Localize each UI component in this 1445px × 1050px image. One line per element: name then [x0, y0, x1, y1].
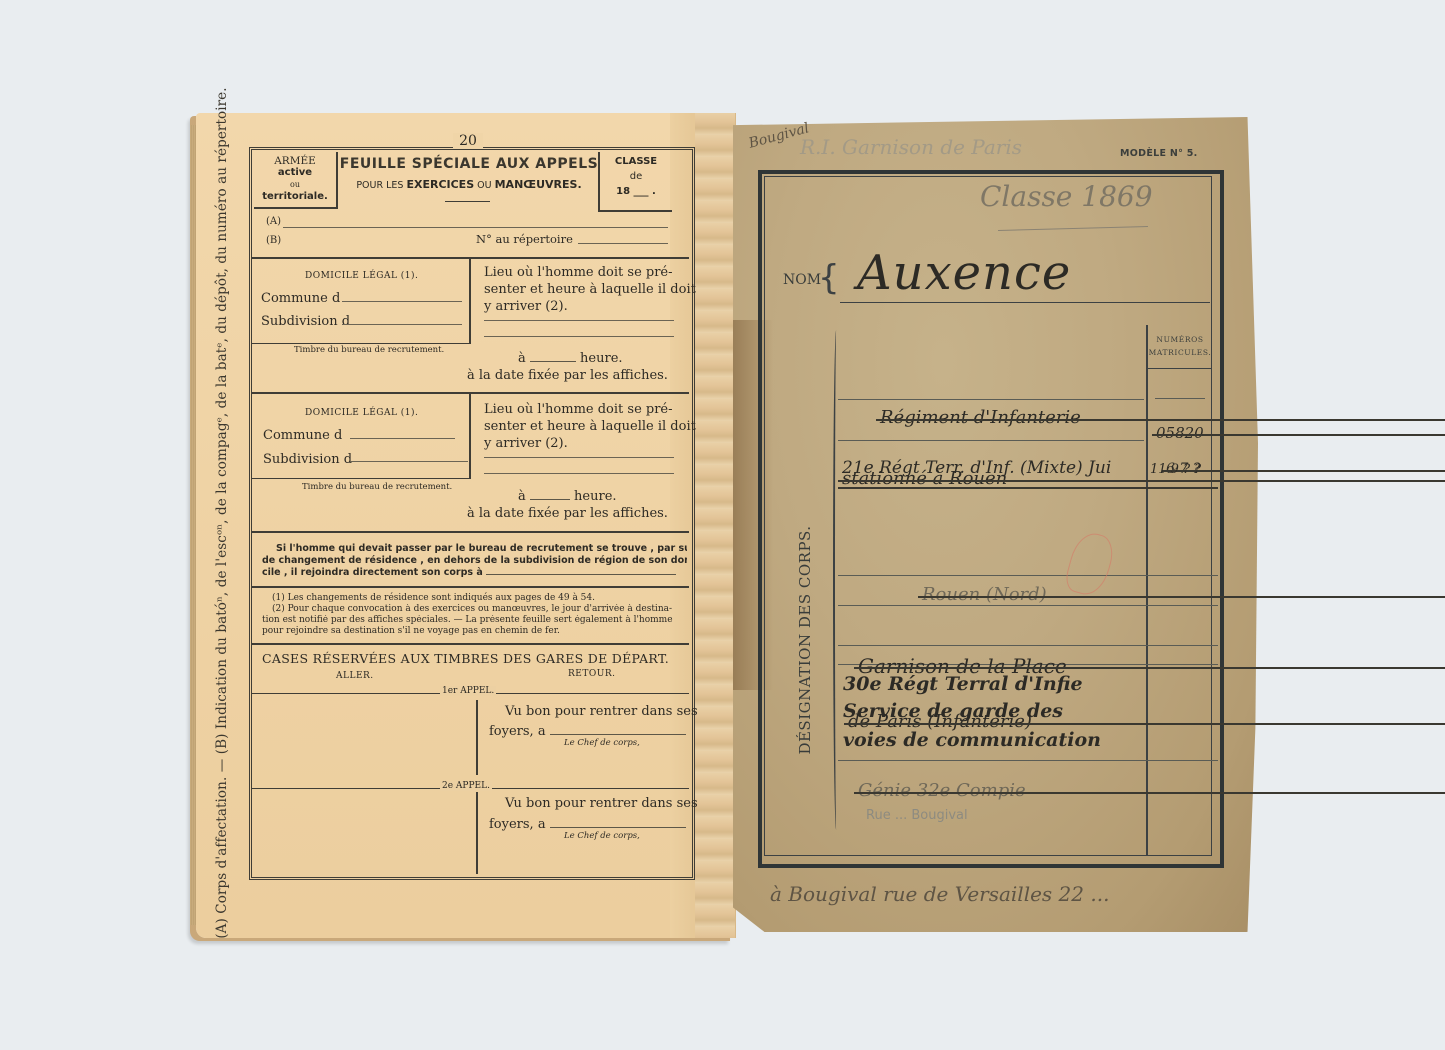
- chef-label-2: Le Chef de corps,: [564, 831, 640, 841]
- corps-line-4: Rouen (Nord): [922, 584, 1445, 605]
- retour-label: RETOUR.: [568, 669, 615, 679]
- domicile-heading-1: DOMICILE LÉGAL (1).: [305, 271, 418, 281]
- brace-icon: {: [818, 258, 840, 298]
- corps-line-9: Service de garde des: [843, 700, 1063, 722]
- date-text-1: à la date fixée par les affiches.: [467, 366, 668, 385]
- heure-field-2[interactable]: [530, 499, 570, 500]
- army-territoriale: territoriale.: [254, 191, 336, 203]
- corps-rule: [838, 605, 1218, 606]
- footnote-2b: tion est notifié par des affiches spécia…: [262, 615, 687, 626]
- commune-label-2: Commune d: [263, 426, 342, 445]
- changement-line-3: cile , il rejoindra directement son corp…: [262, 567, 687, 579]
- changement-note: Si l'homme qui devait passer par le bure…: [262, 543, 687, 579]
- side-footnote-text: (A) Corps d'affectation. — (B) Indicatio…: [214, 87, 230, 938]
- army-label: ARMÉE: [254, 155, 336, 167]
- classe-de: de: [600, 169, 672, 184]
- classe-box: CLASSE de 18 ___ .: [598, 152, 672, 212]
- corps-line-1: Régiment d'Infanterie: [880, 407, 1445, 428]
- lieu-field-1a[interactable]: [484, 320, 674, 321]
- form-title-main: FEUILLE SPÉCIALE AUX APPELS: [338, 156, 600, 172]
- matricules-header: NUMÉROS MATRICULES.: [1148, 333, 1212, 359]
- faint-pencil-note: R.I. Garnison de Paris: [800, 135, 1022, 159]
- heure-pre-1: à: [518, 351, 526, 366]
- corps-rule: [838, 575, 1218, 576]
- row-a-label: (A): [266, 216, 281, 227]
- foyers-field-2[interactable]: [550, 827, 686, 828]
- side-footnote: (A) Corps d'affectation. — (B) Indicatio…: [208, 148, 236, 878]
- footnote-2c: pour rejoindre sa destination s'il ne vo…: [262, 626, 687, 637]
- repertoire-label: N° au répertoire: [476, 230, 573, 249]
- vu-text-2: Vu bon pour rentrer dans ses: [505, 794, 698, 813]
- aller-stamp-box-2[interactable]: [256, 793, 471, 871]
- foyers-label-1: foyers, a: [489, 724, 546, 739]
- corps-brace: [833, 330, 841, 830]
- chef-label-1: Le Chef de corps,: [564, 738, 640, 748]
- appel-2-divider: [476, 792, 478, 874]
- row-b-label: (B): [266, 235, 281, 246]
- modele-number: MODÈLE N° 5.: [1120, 148, 1198, 159]
- heure-post-1: heure.: [580, 351, 622, 366]
- divider: [252, 586, 689, 588]
- lieu-field-1b[interactable]: [484, 336, 674, 337]
- lieu-text-1c: y arriver (2).: [484, 297, 568, 316]
- classe-handwritten: Classe 1869: [980, 180, 1153, 213]
- nom-value[interactable]: Auxence: [857, 245, 1071, 301]
- corps-line-10: voies de communication: [843, 729, 1101, 751]
- lieu-text-2c: y arriver (2).: [484, 434, 568, 453]
- title-rule: [445, 201, 490, 202]
- classe-label: CLASSE: [600, 154, 672, 169]
- timbre-label-2: Timbre du bureau de recrutement.: [302, 482, 452, 492]
- changement-line-3-text: cile , il rejoindra directement son corp…: [262, 567, 483, 578]
- foyers-field-1[interactable]: [550, 734, 686, 735]
- subdivision-label-2: Subdivision d: [263, 450, 352, 469]
- matricules-separator: [1148, 368, 1212, 369]
- heure-post-2: heure.: [574, 489, 616, 504]
- subdivision-label-1: Subdivision d: [261, 312, 350, 331]
- corps-destination-field[interactable]: [486, 574, 676, 575]
- changement-line-2: de changement de résidence , en dehors d…: [262, 555, 687, 567]
- commune-field-2[interactable]: [350, 438, 455, 439]
- heure-field-1[interactable]: [530, 361, 576, 362]
- subdivision-field-1[interactable]: [342, 324, 462, 325]
- title-sub-mid: OU: [474, 180, 494, 191]
- vu-text-1: Vu bon pour rentrer dans ses: [505, 702, 698, 721]
- repertoire-field[interactable]: [578, 243, 668, 244]
- corps-line-3: 21e Régt Terr. d'Inf. (Mixte) Jui: [842, 458, 1111, 478]
- matricules-header-1: NUMÉROS: [1148, 333, 1212, 346]
- nom-label: NOM: [783, 272, 821, 288]
- date-text-2: à la date fixée par les affiches.: [467, 504, 668, 523]
- cases-title: CASES RÉSERVÉES AUX TIMBRES DES GARES DE…: [262, 651, 669, 666]
- footnote-2a: (2) Pour chaque convocation à des exerci…: [262, 604, 687, 615]
- row-a: (A): [266, 216, 281, 227]
- army-box: ARMÉE active ou territoriale.: [254, 152, 338, 209]
- appel-1-label: 1er APPEL.: [440, 686, 496, 696]
- footnotes: (1) Les changements de résidence sont in…: [262, 593, 687, 637]
- army-or: ou: [254, 179, 336, 191]
- domicile-heading-2: DOMICILE LÉGAL (1).: [305, 408, 418, 418]
- title-sub-pre: POUR LES: [356, 180, 406, 191]
- commune-label-1: Commune d: [261, 289, 340, 308]
- footer-address: à Bougival rue de Versailles 22 ...: [770, 882, 1109, 906]
- subdivision-field-2[interactable]: [350, 461, 468, 462]
- army-active: active: [254, 167, 336, 179]
- aller-label: ALLER.: [336, 671, 374, 681]
- page-edges: [190, 125, 196, 925]
- faint-stamp: Rue ... Bougival: [866, 808, 968, 823]
- torn-gutter: [695, 113, 735, 938]
- timbre-label-1: Timbre du bureau de recrutement.: [294, 345, 444, 355]
- corps-label-text: DÉSIGNATION DES CORPS.: [796, 525, 814, 754]
- aller-stamp-box-1[interactable]: [256, 698, 471, 778]
- matricule-rule: [1155, 398, 1205, 399]
- appel-1-divider: [476, 700, 478, 775]
- commune-field-1[interactable]: [342, 301, 462, 302]
- corps-line-8: 30e Régt Terral d'Infie: [843, 673, 1083, 695]
- title-sub-manoeuvres: MANŒUVRES.: [495, 178, 582, 191]
- corps-rule: [838, 440, 1144, 441]
- foyers-label-2: foyers, a: [489, 817, 546, 832]
- lieu-field-2a[interactable]: [484, 457, 674, 458]
- footnote-1: (1) Les changements de résidence sont in…: [262, 593, 687, 604]
- changement-line-1: Si l'homme qui devait passer par le bure…: [262, 543, 687, 555]
- corps-rule: [838, 760, 1218, 761]
- classe-year-field[interactable]: 18 ___ .: [600, 184, 672, 199]
- divider: [252, 531, 689, 533]
- corps-line-7: Génie 32e Compie: [858, 780, 1445, 801]
- page-number: 20: [453, 133, 483, 149]
- title-sub-exercices: EXERCICES: [406, 178, 474, 191]
- row-a-field[interactable]: [283, 227, 668, 228]
- corps-rule: [838, 645, 1218, 646]
- corps-label: DÉSIGNATION DES CORPS.: [790, 480, 820, 800]
- row-b: (B): [266, 235, 281, 246]
- nom-underline: [840, 302, 1210, 303]
- form-title-sub: POUR LES EXERCICES OU MANŒUVRES.: [338, 178, 600, 191]
- corps-rule: [838, 399, 1144, 400]
- lieu-field-2b[interactable]: [484, 473, 674, 474]
- appel-2-label: 2e APPEL.: [440, 781, 492, 791]
- form-title: FEUILLE SPÉCIALE AUX APPELS POUR LES EXE…: [338, 156, 600, 191]
- matricules-header-2: MATRICULES.: [1148, 346, 1212, 359]
- divider: [252, 643, 689, 645]
- heure-pre-2: à: [518, 489, 526, 504]
